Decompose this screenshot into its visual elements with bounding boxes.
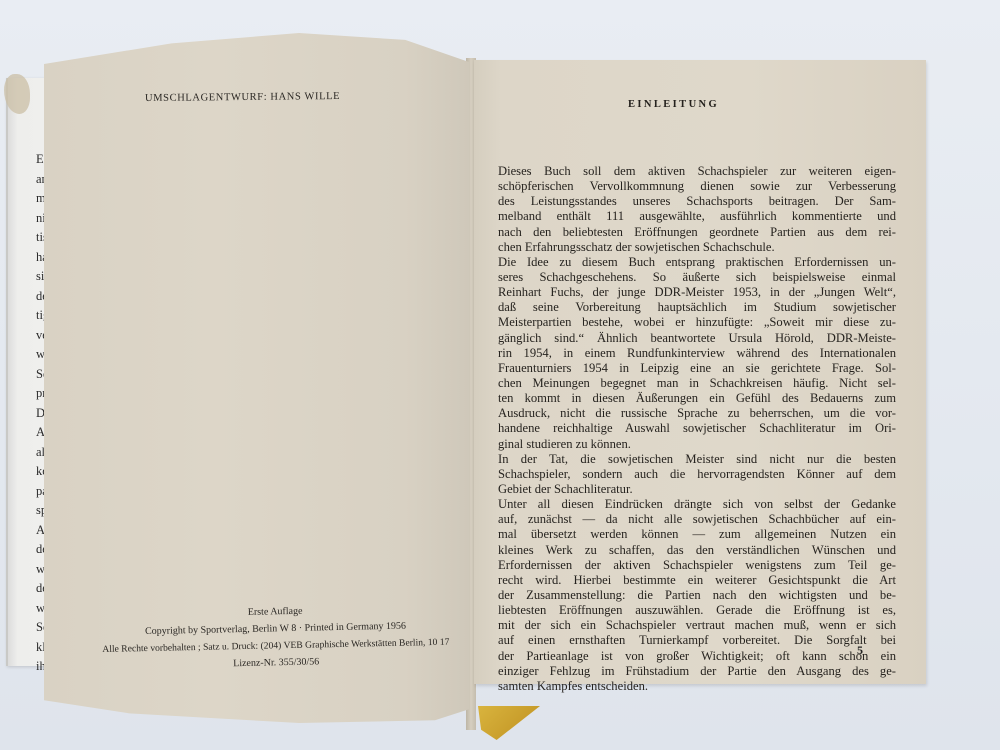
introduction-text: Dieses Buch soll dem aktiven Schachspiel… [498, 164, 896, 694]
text-line: des Leistungsstandes unseres Schachsport… [498, 194, 896, 209]
imprint-block: Erste Auflage Copyright by Sportverlag, … [100, 600, 451, 675]
text-line: einziger Fehlzug im Frühstadium der Part… [498, 664, 896, 679]
text-line: gänglich sind.“ Ähnlich beantwortete Urs… [498, 331, 896, 346]
text-line: Meisterpartien bestehe, wobei er hinzufü… [498, 315, 896, 330]
text-line: ten kommt in diesen Äußerungen ein Gefüh… [498, 391, 896, 406]
ribbon-band [478, 706, 540, 740]
text-line: liebtesten Eröffnungen auszuwählen. Gera… [498, 603, 896, 618]
text-line: melband enthält 111 ausgewählte, ausführ… [498, 209, 896, 224]
text-line: samten Kampfes entscheiden. [498, 679, 896, 694]
photo-scene: Ein San thmangeniker.tischehalb isich ud… [0, 0, 1000, 750]
text-line: daß seine Vorbereitung hauptsächlich im … [498, 300, 896, 315]
text-line: mal übersetzt werden können — zum allgem… [498, 527, 896, 542]
text-line: Frauenturniers 1954 in Leipzig eine an s… [498, 361, 896, 376]
text-line: mit der sich ein Schachspieler vertraut … [498, 618, 896, 633]
text-line: Ausdruck, nicht die russische Sprache zu… [498, 406, 896, 421]
text-line: auf, zunächst — da nicht alle sowjetisch… [498, 512, 896, 527]
text-line: Gebiet der Schachliteratur. [498, 482, 896, 497]
cover-design-credit: UMSCHLAGENTWURF: HANS WILLE [145, 91, 340, 104]
page-number: 5 [857, 643, 863, 658]
text-line: ginal studieren zu können. [498, 437, 896, 452]
text-line: In der Tat, die sowjetischen Meister sin… [498, 452, 896, 467]
text-line: der Partieanlage ist von großer Wichtigk… [498, 649, 896, 664]
text-line: Dieses Buch soll dem aktiven Schachspiel… [498, 164, 896, 179]
text-line: Die Idee zu diesem Buch entsprang prakti… [498, 255, 896, 270]
torn-corner [4, 74, 30, 114]
text-line: auf einen ernsthaften Turnierkampf vorbe… [498, 633, 896, 648]
text-line: Reinhart Fuchs, der junge DDR-Meister 19… [498, 285, 896, 300]
text-line: seres Schachgeschehens. So äußerte sich … [498, 270, 896, 285]
text-line: Schachspieler, sondern auch die hervorra… [498, 467, 896, 482]
text-line: handene reichhaltige Auswahl sowjetische… [498, 421, 896, 436]
chapter-title: EINLEITUNG [628, 99, 719, 110]
text-line: rin 1954, in einem Rundfunkinterview wäh… [498, 346, 896, 361]
text-line: recht wird. Hierbei bestimmte ein weiter… [498, 573, 896, 588]
text-line: nach den beliebtesten Eröffnungen geordn… [498, 225, 896, 240]
text-line: kleines Werk zu schaffen, das den verstä… [498, 543, 896, 558]
text-line: chen Meinungen begegnet man in Schachkre… [498, 376, 896, 391]
text-line: schöpferischen Vervollkommnung dienen so… [498, 179, 896, 194]
text-line: chen Erfahrungsschatz der sowjetischen S… [498, 240, 896, 255]
text-line: der Zusammenstellung: die Partien nach d… [498, 588, 896, 603]
text-line: Erfordernissen der aktiven Schachspieler… [498, 558, 896, 573]
text-line: Unter all diesen Eindrücken drängte sich… [498, 497, 896, 512]
